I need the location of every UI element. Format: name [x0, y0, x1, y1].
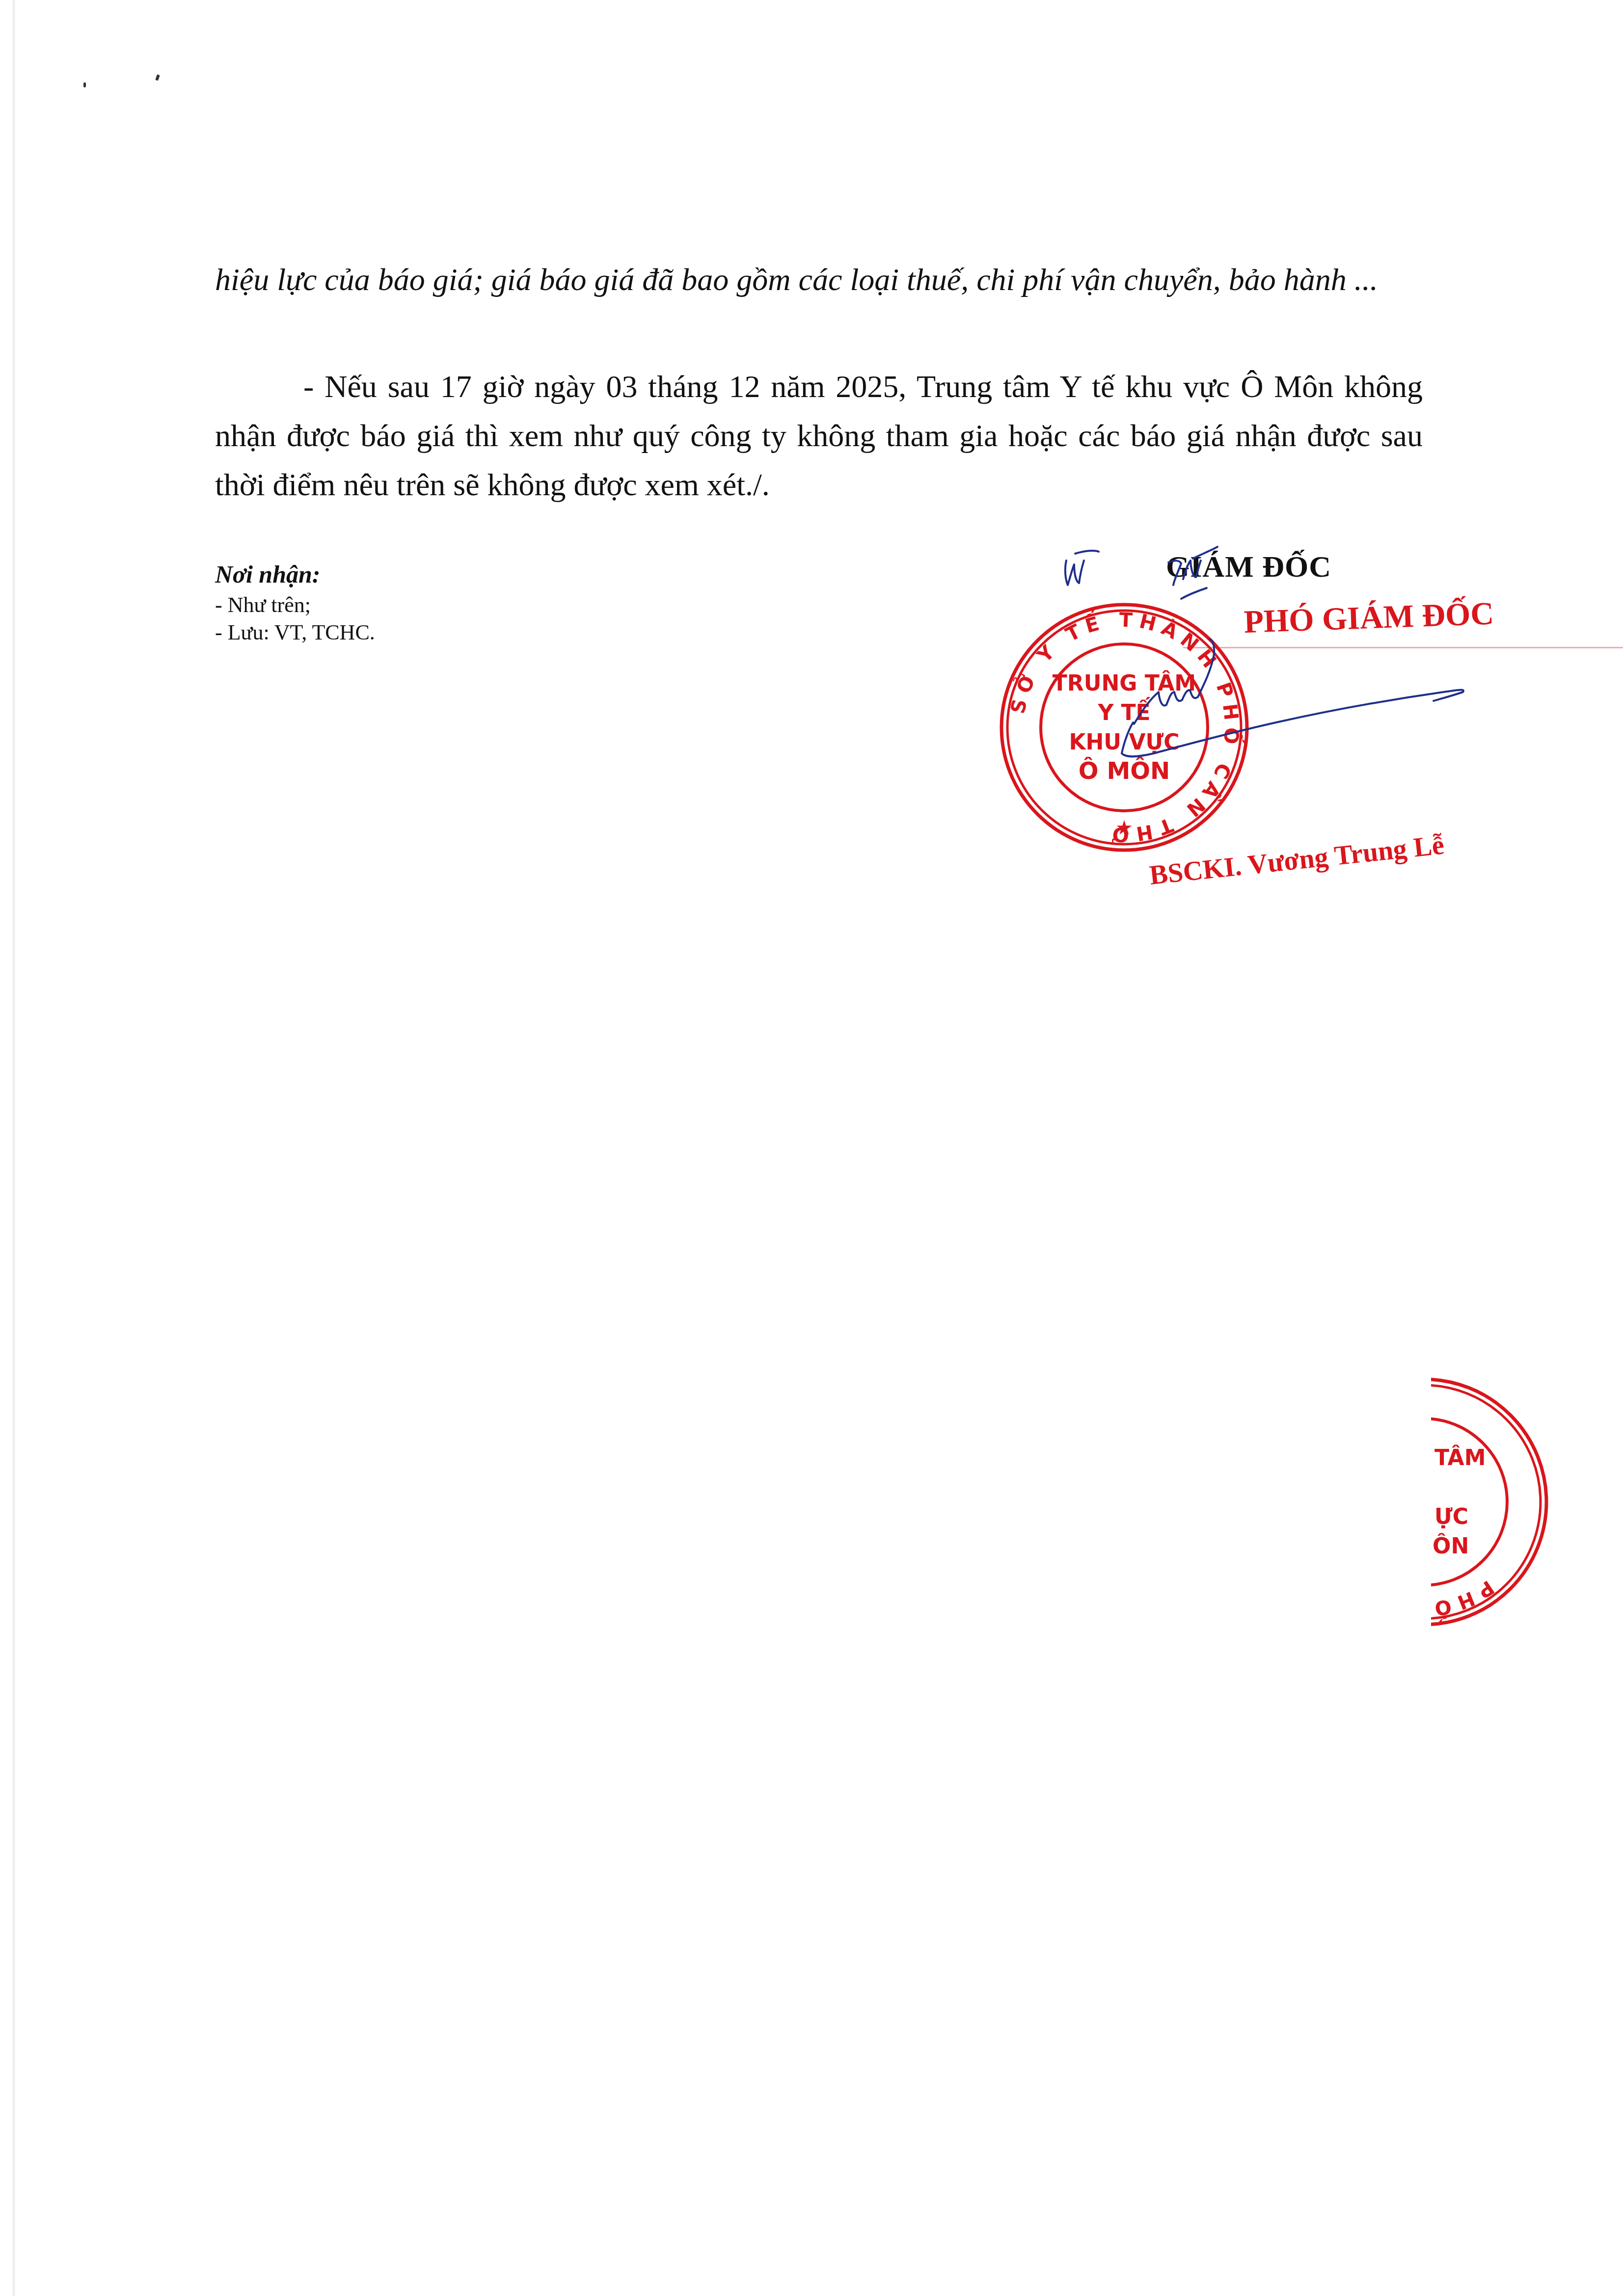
stamp-center-line: TRUNG TÂM: [1053, 670, 1196, 696]
stamp-center-line: Y TẾ: [1097, 697, 1151, 725]
director-title: GIÁM ĐỐC: [1166, 550, 1331, 585]
official-stamp: SỞ Y TẾ THÀNH PHỐ CẦN THƠ TRUNG TÂM Y TẾ…: [997, 600, 1252, 855]
recipient-item: - Như trên;: [215, 591, 657, 619]
svg-text:PHỐ CẦN THƠ: PHỐ CẦN THƠ: [1325, 1509, 1498, 1624]
stamp-center-line: KHU VỰC: [1069, 730, 1179, 755]
stamp-center-line: Ô MÔN: [1079, 757, 1170, 785]
deputy-title: PHÓ GIÁM ĐỐC: [1243, 595, 1494, 641]
partial-stamp-line: ỰC: [1434, 1504, 1468, 1529]
partial-stamp-line: ÔN: [1433, 1533, 1469, 1559]
scan-speck: [155, 74, 160, 80]
validity-paragraph: hiệu lực của báo giá; giá báo giá đã bao…: [215, 255, 1423, 304]
partial-stamp-line: TÂM: [1434, 1444, 1486, 1470]
recipient-item: - Lưu: VT, TCHC.: [215, 619, 657, 646]
deadline-paragraph: - Nếu sau 17 giờ ngày 03 tháng 12 năm 20…: [215, 362, 1423, 509]
star-icon: ★: [1115, 817, 1133, 839]
scan-edge-line: [13, 0, 15, 2296]
recipients-block: Nơi nhận: - Như trên; - Lưu: VT, TCHC.: [215, 557, 657, 646]
scan-speck: [83, 82, 86, 87]
partial-stamp: PHỐ CẦN THƠ TÂM ỰC ÔN: [1325, 1374, 1581, 1629]
recipients-title: Nơi nhận:: [215, 557, 657, 591]
partial-stamp-ring-text: PHỐ CẦN THƠ: [1325, 1509, 1498, 1624]
